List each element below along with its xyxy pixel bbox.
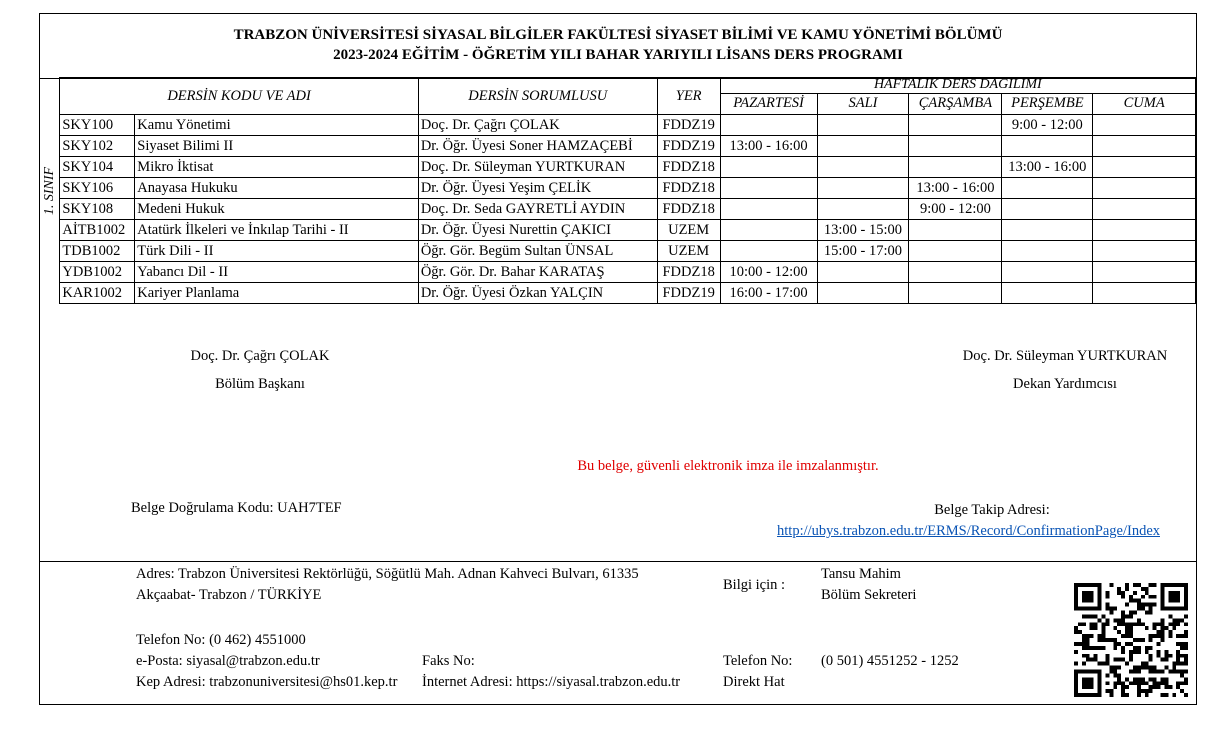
footer-address: Adres: Trabzon Üniversitesi Rektörlüğü, …: [136, 564, 639, 606]
course-schedule-table: 1. SINIFDERSİN KODU VE ADIDERSİN SORUMLU…: [40, 77, 1196, 304]
info-label: Bilgi için :: [723, 575, 785, 596]
course-time-slot: [909, 115, 1002, 136]
course-instructor: Dr. Öğr. Üyesi Özkan YALÇIN: [418, 283, 657, 304]
contact-name: Tansu Mahim: [821, 564, 916, 585]
table-row: SKY100Kamu YönetimiDoç. Dr. Çağrı ÇOLAKF…: [40, 115, 1196, 136]
course-place: FDDZ18: [657, 178, 720, 199]
course-time-slot: 10:00 - 12:00: [720, 262, 817, 283]
signer-role: Bölüm Başkanı: [140, 370, 380, 398]
course-time-slot: [909, 136, 1002, 157]
header-day: SALI: [817, 93, 909, 114]
address-line-1: Adres: Trabzon Üniversitesi Rektörlüğü, …: [136, 564, 639, 585]
course-instructor: Doç. Dr. Seda GAYRETLİ AYDIN: [418, 199, 657, 220]
table-row: AİTB1002Atatürk İlkeleri ve İnkılap Tari…: [40, 220, 1196, 241]
course-place: FDDZ18: [657, 199, 720, 220]
course-time-slot: [817, 178, 909, 199]
course-time-slot: [1002, 220, 1093, 241]
contact-phone: (0 501) 4551252 - 1252: [821, 651, 959, 672]
signature-vice-dean: Doç. Dr. Süleyman YURTKURAN Dekan Yardım…: [930, 342, 1200, 398]
course-time-slot: 13:00 - 16:00: [909, 178, 1002, 199]
course-place: FDDZ19: [657, 283, 720, 304]
course-place: FDDZ19: [657, 136, 720, 157]
title-line-2: 2023-2024 EĞİTİM - ÖĞRETİM YILI BAHAR YA…: [40, 45, 1196, 65]
course-name: Mikro İktisat: [135, 157, 419, 178]
signature-department-head: Doç. Dr. Çağrı ÇOLAK Bölüm Başkanı: [140, 342, 380, 398]
course-place: FDDZ18: [657, 262, 720, 283]
footer-phone: Telefon No: (0 462) 4551000: [136, 630, 306, 651]
table-row: SKY104Mikro İktisatDoç. Dr. Süleyman YUR…: [40, 157, 1196, 178]
course-code: KAR1002: [60, 283, 135, 304]
course-time-slot: 15:00 - 17:00: [817, 241, 909, 262]
course-code: SKY106: [60, 178, 135, 199]
course-name: Anayasa Hukuku: [135, 178, 419, 199]
course-instructor: Dr. Öğr. Üyesi Yeşim ÇELİK: [418, 178, 657, 199]
qr-code-icon: [1074, 583, 1188, 697]
course-time-slot: [1002, 178, 1093, 199]
course-time-slot: 13:00 - 16:00: [720, 136, 817, 157]
course-time-slot: 13:00 - 15:00: [817, 220, 909, 241]
course-time-slot: [720, 178, 817, 199]
table-row: SKY106Anayasa HukukuDr. Öğr. Üyesi Yeşim…: [40, 178, 1196, 199]
course-time-slot: 9:00 - 12:00: [909, 199, 1002, 220]
course-time-slot: [1093, 136, 1196, 157]
course-name: Siyaset Bilimi II: [135, 136, 419, 157]
contact-phone-label: Telefon No: Direkt Hat: [723, 651, 792, 693]
tracking-link[interactable]: http://ubys.trabzon.edu.tr/ERMS/Record/C…: [777, 523, 1160, 539]
table-row: KAR1002Kariyer PlanlamaDr. Öğr. Üyesi Öz…: [40, 283, 1196, 304]
course-code: SKY102: [60, 136, 135, 157]
esign-notice-text: Bu belge, güvenli elektronik imza ile im…: [577, 458, 878, 474]
course-time-slot: 9:00 - 12:00: [1002, 115, 1093, 136]
course-instructor: Öğr. Gör. Dr. Bahar KARATAŞ: [418, 262, 657, 283]
course-time-slot: [1093, 220, 1196, 241]
course-code: YDB1002: [60, 262, 135, 283]
course-time-slot: [1002, 199, 1093, 220]
course-time-slot: [1093, 262, 1196, 283]
table-row: SKY108Medeni HukukDoç. Dr. Seda GAYRETLİ…: [40, 199, 1196, 220]
table-row: YDB1002Yabancı Dil - IIÖğr. Gör. Dr. Bah…: [40, 262, 1196, 283]
class-year-cell: 1. SINIF: [40, 78, 60, 304]
course-time-slot: [817, 157, 909, 178]
course-time-slot: [1002, 241, 1093, 262]
contact-person: Tansu Mahim Bölüm Sekreteri: [821, 564, 916, 606]
course-place: UZEM: [657, 220, 720, 241]
tracking-label: Belge Takip Adresi:: [760, 500, 1160, 521]
course-time-slot: [909, 220, 1002, 241]
course-time-slot: [909, 262, 1002, 283]
course-place: UZEM: [657, 241, 720, 262]
course-code: TDB1002: [60, 241, 135, 262]
course-time-slot: [909, 283, 1002, 304]
table-row: TDB1002Türk Dili - IIÖğr. Gör. Begüm Sul…: [40, 241, 1196, 262]
class-year-label: 1. SINIF: [40, 166, 60, 214]
course-time-slot: [1002, 136, 1093, 157]
course-time-slot: [1002, 283, 1093, 304]
course-time-slot: [1093, 157, 1196, 178]
course-time-slot: [720, 115, 817, 136]
course-name: Medeni Hukuk: [135, 199, 419, 220]
course-name: Türk Dili - II: [135, 241, 419, 262]
footer-email: e-Posta: siyasal@trabzon.edu.tr: [136, 651, 320, 672]
address-line-2: Akçaabat- Trabzon / TÜRKİYE: [136, 585, 639, 606]
course-time-slot: [817, 283, 909, 304]
course-time-slot: 16:00 - 17:00: [720, 283, 817, 304]
course-time-slot: [1093, 241, 1196, 262]
title-line-1: TRABZON ÜNİVERSİTESİ SİYASAL BİLGİLER FA…: [40, 25, 1196, 45]
course-time-slot: [1093, 199, 1196, 220]
signer-name: Doç. Dr. Süleyman YURTKURAN: [930, 342, 1200, 370]
footer-fax: Faks No:: [422, 651, 475, 672]
course-code: SKY100: [60, 115, 135, 136]
course-time-slot: [909, 157, 1002, 178]
header-instructor: DERSİN SORUMLUSU: [418, 78, 657, 115]
header-weekly: HAFTALIK DERS DAGILIMI: [720, 78, 1195, 94]
course-time-slot: [817, 199, 909, 220]
course-code: SKY108: [60, 199, 135, 220]
header-day: PERŞEMBE: [1002, 93, 1093, 114]
course-time-slot: [1002, 262, 1093, 283]
course-time-slot: 13:00 - 16:00: [1002, 157, 1093, 178]
verification-code: Belge Doğrulama Kodu: UAH7TEF: [131, 500, 342, 517]
course-code: SKY104: [60, 157, 135, 178]
footer-internet: İnternet Adresi: https://siyasal.trabzon…: [422, 672, 680, 693]
course-code: AİTB1002: [60, 220, 135, 241]
footer-divider: [40, 561, 1196, 562]
course-time-slot: [1093, 178, 1196, 199]
course-time-slot: [720, 220, 817, 241]
course-time-slot: [909, 241, 1002, 262]
tracking-address: Belge Takip Adresi: http://ubys.trabzon.…: [760, 500, 1160, 542]
footer-kep: Kep Adresi: trabzonuniversitesi@hs01.kep…: [136, 672, 397, 693]
document-frame: TRABZON ÜNİVERSİTESİ SİYASAL BİLGİLER FA…: [39, 13, 1197, 705]
course-instructor: Dr. Öğr. Üyesi Soner HAMZAÇEBİ: [418, 136, 657, 157]
course-time-slot: [1093, 283, 1196, 304]
course-time-slot: [720, 157, 817, 178]
course-place: FDDZ18: [657, 157, 720, 178]
course-time-slot: [720, 199, 817, 220]
signer-name: Doç. Dr. Çağrı ÇOLAK: [140, 342, 380, 370]
table-row: SKY102Siyaset Bilimi IIDr. Öğr. Üyesi So…: [40, 136, 1196, 157]
course-name: Atatürk İlkeleri ve İnkılap Tarihi - II: [135, 220, 419, 241]
contact-role: Bölüm Sekreteri: [821, 585, 916, 606]
course-instructor: Öğr. Gör. Begüm Sultan ÜNSAL: [418, 241, 657, 262]
course-instructor: Doç. Dr. Çağrı ÇOLAK: [418, 115, 657, 136]
course-instructor: Doç. Dr. Süleyman YURTKURAN: [418, 157, 657, 178]
course-time-slot: [817, 262, 909, 283]
course-time-slot: [720, 241, 817, 262]
header-day: ÇARŞAMBA: [909, 93, 1002, 114]
header-day: CUMA: [1093, 93, 1196, 114]
course-time-slot: [1093, 115, 1196, 136]
course-place: FDDZ19: [657, 115, 720, 136]
signer-role: Dekan Yardımcısı: [930, 370, 1200, 398]
course-time-slot: [817, 115, 909, 136]
course-name: Kamu Yönetimi: [135, 115, 419, 136]
course-name: Kariyer Planlama: [135, 283, 419, 304]
document-header: TRABZON ÜNİVERSİTESİ SİYASAL BİLGİLER FA…: [40, 14, 1196, 79]
header-day: PAZARTESİ: [720, 93, 817, 114]
esign-notice: Bu belge, güvenli elektronik imza ile im…: [40, 458, 1196, 475]
header-place: YER: [657, 78, 720, 115]
header-course: DERSİN KODU VE ADI: [60, 78, 418, 115]
course-name: Yabancı Dil - II: [135, 262, 419, 283]
course-time-slot: [817, 136, 909, 157]
course-instructor: Dr. Öğr. Üyesi Nurettin ÇAKICI: [418, 220, 657, 241]
